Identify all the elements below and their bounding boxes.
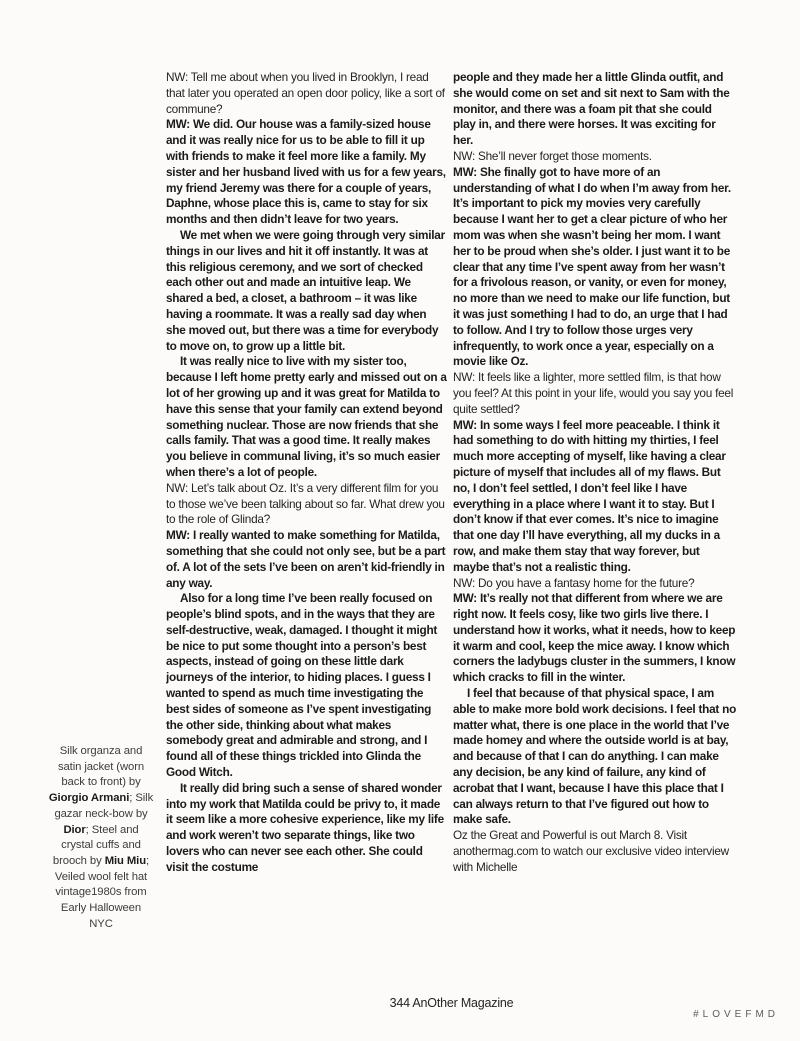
paragraph: I feel that because of that physical spa… <box>453 686 737 828</box>
watermark-lovefmd: #LOVEFMD <box>693 1009 779 1020</box>
paragraph: Oz the Great and Powerful is out March 8… <box>453 828 737 875</box>
paragraph: NW: She’ll never forget those moments. <box>453 149 737 165</box>
paragraph: Also for a long time I’ve been really fo… <box>166 591 448 781</box>
caption-text: Silk organza and satin jacket (worn back… <box>58 745 144 788</box>
paragraph: MW: She finally got to have more of an u… <box>453 165 737 370</box>
designer-name: Miu Miu <box>105 855 146 867</box>
clothing-credits-caption: Silk organza and satin jacket (worn back… <box>48 744 154 932</box>
paragraph: MW: We did. Our house was a family-sized… <box>166 117 448 228</box>
paragraph: MW: I really wanted to make something fo… <box>166 528 448 591</box>
article-column-left: NW: Tell me about when you lived in Broo… <box>166 70 448 932</box>
paragraph: We met when we were going through very s… <box>166 228 448 354</box>
paragraph: MW: In some ways I feel more peaceable. … <box>453 418 737 576</box>
designer-name: Giorgio Armani <box>49 792 129 804</box>
page-folio: 344 AnOther Magazine <box>166 996 737 1010</box>
paragraph: MW: It’s really not that different from … <box>453 591 737 686</box>
article-column-right: people and they made her a little Glinda… <box>453 70 737 932</box>
paragraph: people and they made her a little Glinda… <box>453 70 737 149</box>
magazine-page: Silk organza and satin jacket (worn back… <box>0 0 800 1041</box>
paragraph: NW: Do you have a fantasy home for the f… <box>453 576 737 592</box>
paragraph: NW: Tell me about when you lived in Broo… <box>166 70 448 117</box>
paragraph: NW: It feels like a lighter, more settle… <box>453 370 737 417</box>
paragraph: NW: Let’s talk about Oz. It’s a very dif… <box>166 481 448 528</box>
folio-text: 344 AnOther Magazine <box>390 996 514 1010</box>
designer-name: Dior <box>63 824 85 836</box>
paragraph: It really did bring such a sense of shar… <box>166 781 448 876</box>
paragraph: It was really nice to live with my siste… <box>166 354 448 480</box>
